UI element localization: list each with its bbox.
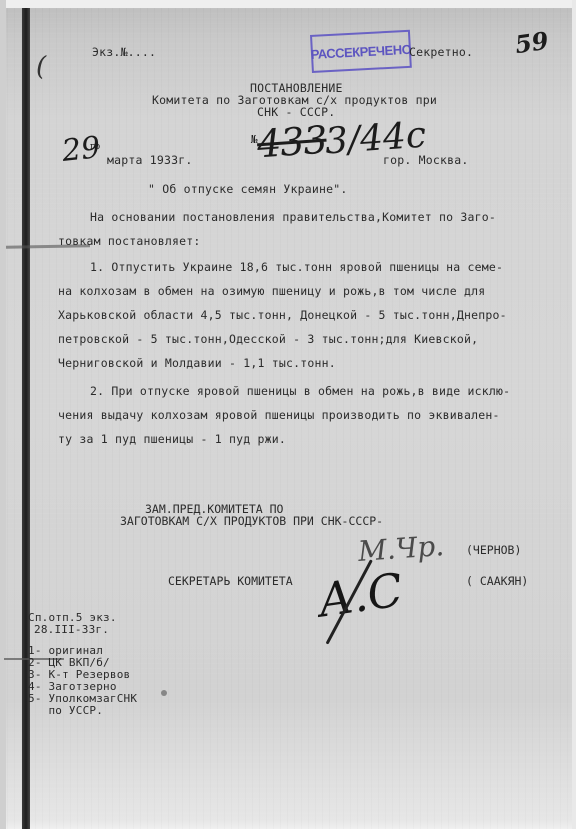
deputy-chair-title: ЗАГОТОВКАМ С/Х ПРОДУКТОВ ПРИ СНК-СССР- (120, 514, 383, 528)
distribution-date: 28.III-33г. (34, 623, 109, 636)
date-day-suffix: го (90, 142, 100, 152)
margin-handwritten-mark: ( (36, 52, 46, 82)
item-2-line: чения выдачу колхозам яровой пшеницы про… (58, 408, 500, 422)
secretary-signature: А.С (315, 562, 406, 627)
item-1-line: петровской - 5 тыс.тонн,Одесской - 3 тыс… (58, 332, 478, 346)
preamble-line: товкам постановляет: (58, 234, 200, 248)
item-1-line: на колхозам в обмен на озимую пшеницу и … (58, 284, 485, 298)
preamble-line: На основании постановления правительства… (90, 210, 496, 224)
document-subject: " Об отпуске семян Украине". (148, 182, 347, 196)
ink-blot (161, 690, 167, 696)
copy-number-label: Экз.№.... (92, 45, 156, 59)
secretary-name: ( СААКЯН) (466, 574, 528, 588)
item-1-line: 1. Отпустить Украине 18,6 тыс.тонн ярово… (90, 260, 503, 274)
page-number: 59 (513, 26, 550, 59)
document-place: гор. Москва. (383, 153, 468, 167)
declassified-stamp-text: РАССЕКРЕЧЕНО (310, 41, 411, 61)
scan-right-edge (572, 0, 576, 829)
scan-top-margin (0, 0, 576, 8)
document-page: ( Экз.№.... РАССЕКРЕЧЕНО Секретно. 59 ПО… (0, 0, 576, 829)
declassified-stamp: РАССЕКРЕЧЕНО (310, 30, 412, 73)
decree-number: 433 (256, 118, 328, 167)
distribution-recipient: по УССР. (28, 704, 103, 717)
item-2-line: ту за 1 пуд пшеницы - 1 пуд ржи. (58, 432, 286, 446)
document-date: марта 1933г. (107, 153, 192, 167)
deputy-chair-name: (ЧЕРНОВ) (466, 543, 521, 557)
item-1-line: Харьковской области 4,5 тыс.тонн, Донецк… (58, 308, 507, 322)
secretary-title: СЕКРЕТАРЬ КОМИТЕТА (168, 574, 293, 588)
item-2-line: 2. При отпуске яровой пшеницы в обмен на… (90, 384, 510, 398)
classification-label: Секретно. (409, 45, 473, 59)
decree-number-struck: 433 (256, 118, 328, 167)
scan-left-edge (0, 0, 6, 829)
item-1-line: Черниговской и Молдавии - 1,1 тыс.тонн. (58, 356, 336, 370)
